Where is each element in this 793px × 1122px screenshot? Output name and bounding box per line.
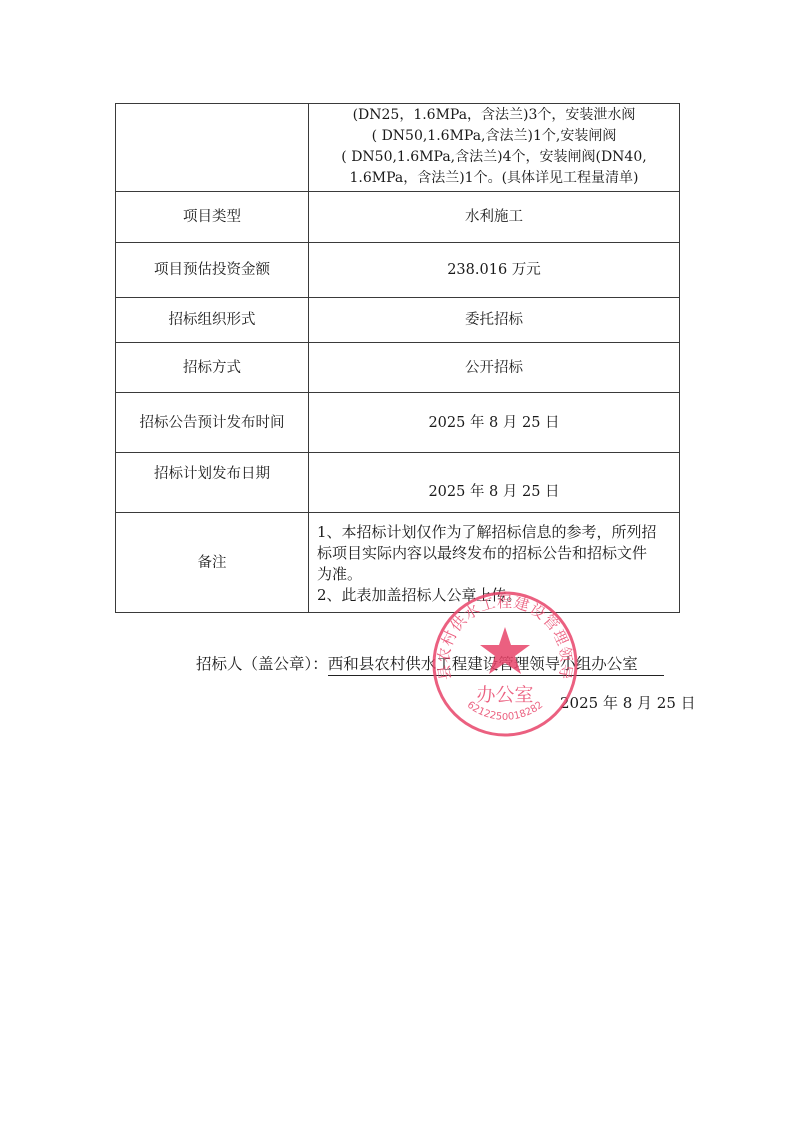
svg-text:办公室: 办公室: [476, 684, 533, 706]
table-value-announcement-date: 2025 年 8 月 25 日: [309, 393, 680, 453]
table-value-project-type: 水利施工: [309, 192, 680, 243]
table-row-remarks: 备注 1、本招标计划仅作为了解招标信息的参考，所列招 标项目实际内容以最终发布的…: [116, 513, 680, 613]
table-value-tender-method: 公开招标: [309, 343, 680, 393]
tenderer-signature-line: 招标人（盖公章）：西和县农村供水工程建设管理领导小组办公室: [196, 652, 664, 676]
remark-line: 2、此表加盖招标人公章上传。: [317, 585, 671, 606]
remark-line: 标项目实际内容以最终发布的招标公告和招标文件: [317, 543, 671, 564]
table-label-remarks: 备注: [116, 513, 309, 613]
signature-organization: 西和县农村供水工程建设管理领导小组办公室: [328, 652, 664, 676]
table-row-project-type: 项目类型 水利施工: [116, 192, 680, 243]
table-row-tender-method: 招标方式 公开招标: [116, 343, 680, 393]
table-label-tender-method: 招标方式: [116, 343, 309, 393]
valve-detail-line: (DN25，1.6MPa，含法兰)3个，安装泄水阀: [313, 105, 675, 126]
table-row-organization-form: 招标组织形式 委托招标: [116, 298, 680, 343]
plan-release-date-label: 招标计划发布日期: [116, 464, 308, 484]
remark-line: 1、本招标计划仅作为了解招标信息的参考，所列招: [317, 522, 671, 543]
tender-plan-table: (DN25，1.6MPa，含法兰)3个，安装泄水阀 ( DN50,1.6MPa,…: [115, 103, 680, 613]
document-page: (DN25，1.6MPa，含法兰)3个，安装泄水阀 ( DN50,1.6MPa,…: [0, 0, 793, 1122]
table-value-remarks: 1、本招标计划仅作为了解招标信息的参考，所列招 标项目实际内容以最终发布的招标公…: [309, 513, 680, 613]
table-label-announcement-date: 招标公告预计发布时间: [116, 393, 309, 453]
svg-text:6212250018282: 6212250018282: [465, 700, 545, 723]
plan-release-date-value: 2025 年 8 月 25 日: [309, 482, 679, 502]
valve-detail-line: ( DN50,1.6MPa,含法兰)1个,安装闸阀: [313, 126, 675, 147]
signature-date: 2025 年 8 月 25 日: [560, 692, 696, 713]
table-label-plan-release-date: 招标计划发布日期: [116, 453, 309, 513]
remark-line: 为准。: [317, 564, 671, 585]
table-value-plan-release-date: 2025 年 8 月 25 日: [309, 453, 680, 513]
table-row-valve-details: (DN25，1.6MPa，含法兰)3个，安装泄水阀 ( DN50,1.6MPa,…: [116, 104, 680, 192]
table-row-plan-release-date: 招标计划发布日期 2025 年 8 月 25 日: [116, 453, 680, 513]
valve-detail-line: 1.6MPa，含法兰)1个。(具体详见工程量清单): [313, 168, 675, 189]
table-row-announcement-date: 招标公告预计发布时间 2025 年 8 月 25 日: [116, 393, 680, 453]
table-label-empty: [116, 104, 309, 192]
table-label-organization-form: 招标组织形式: [116, 298, 309, 343]
table-value-organization-form: 委托招标: [309, 298, 680, 343]
table-value-valve-details: (DN25，1.6MPa，含法兰)3个，安装泄水阀 ( DN50,1.6MPa,…: [309, 104, 680, 192]
valve-detail-line: ( DN50,1.6MPa,含法兰)4个，安装闸阀(DN40,: [313, 147, 675, 168]
table-row-estimated-investment: 项目预估投资金额 238.016 万元: [116, 243, 680, 298]
signature-prefix: 招标人（盖公章）：: [196, 655, 328, 673]
table-value-estimated-investment: 238.016 万元: [309, 243, 680, 298]
table-label-estimated-investment: 项目预估投资金额: [116, 243, 309, 298]
table-label-project-type: 项目类型: [116, 192, 309, 243]
